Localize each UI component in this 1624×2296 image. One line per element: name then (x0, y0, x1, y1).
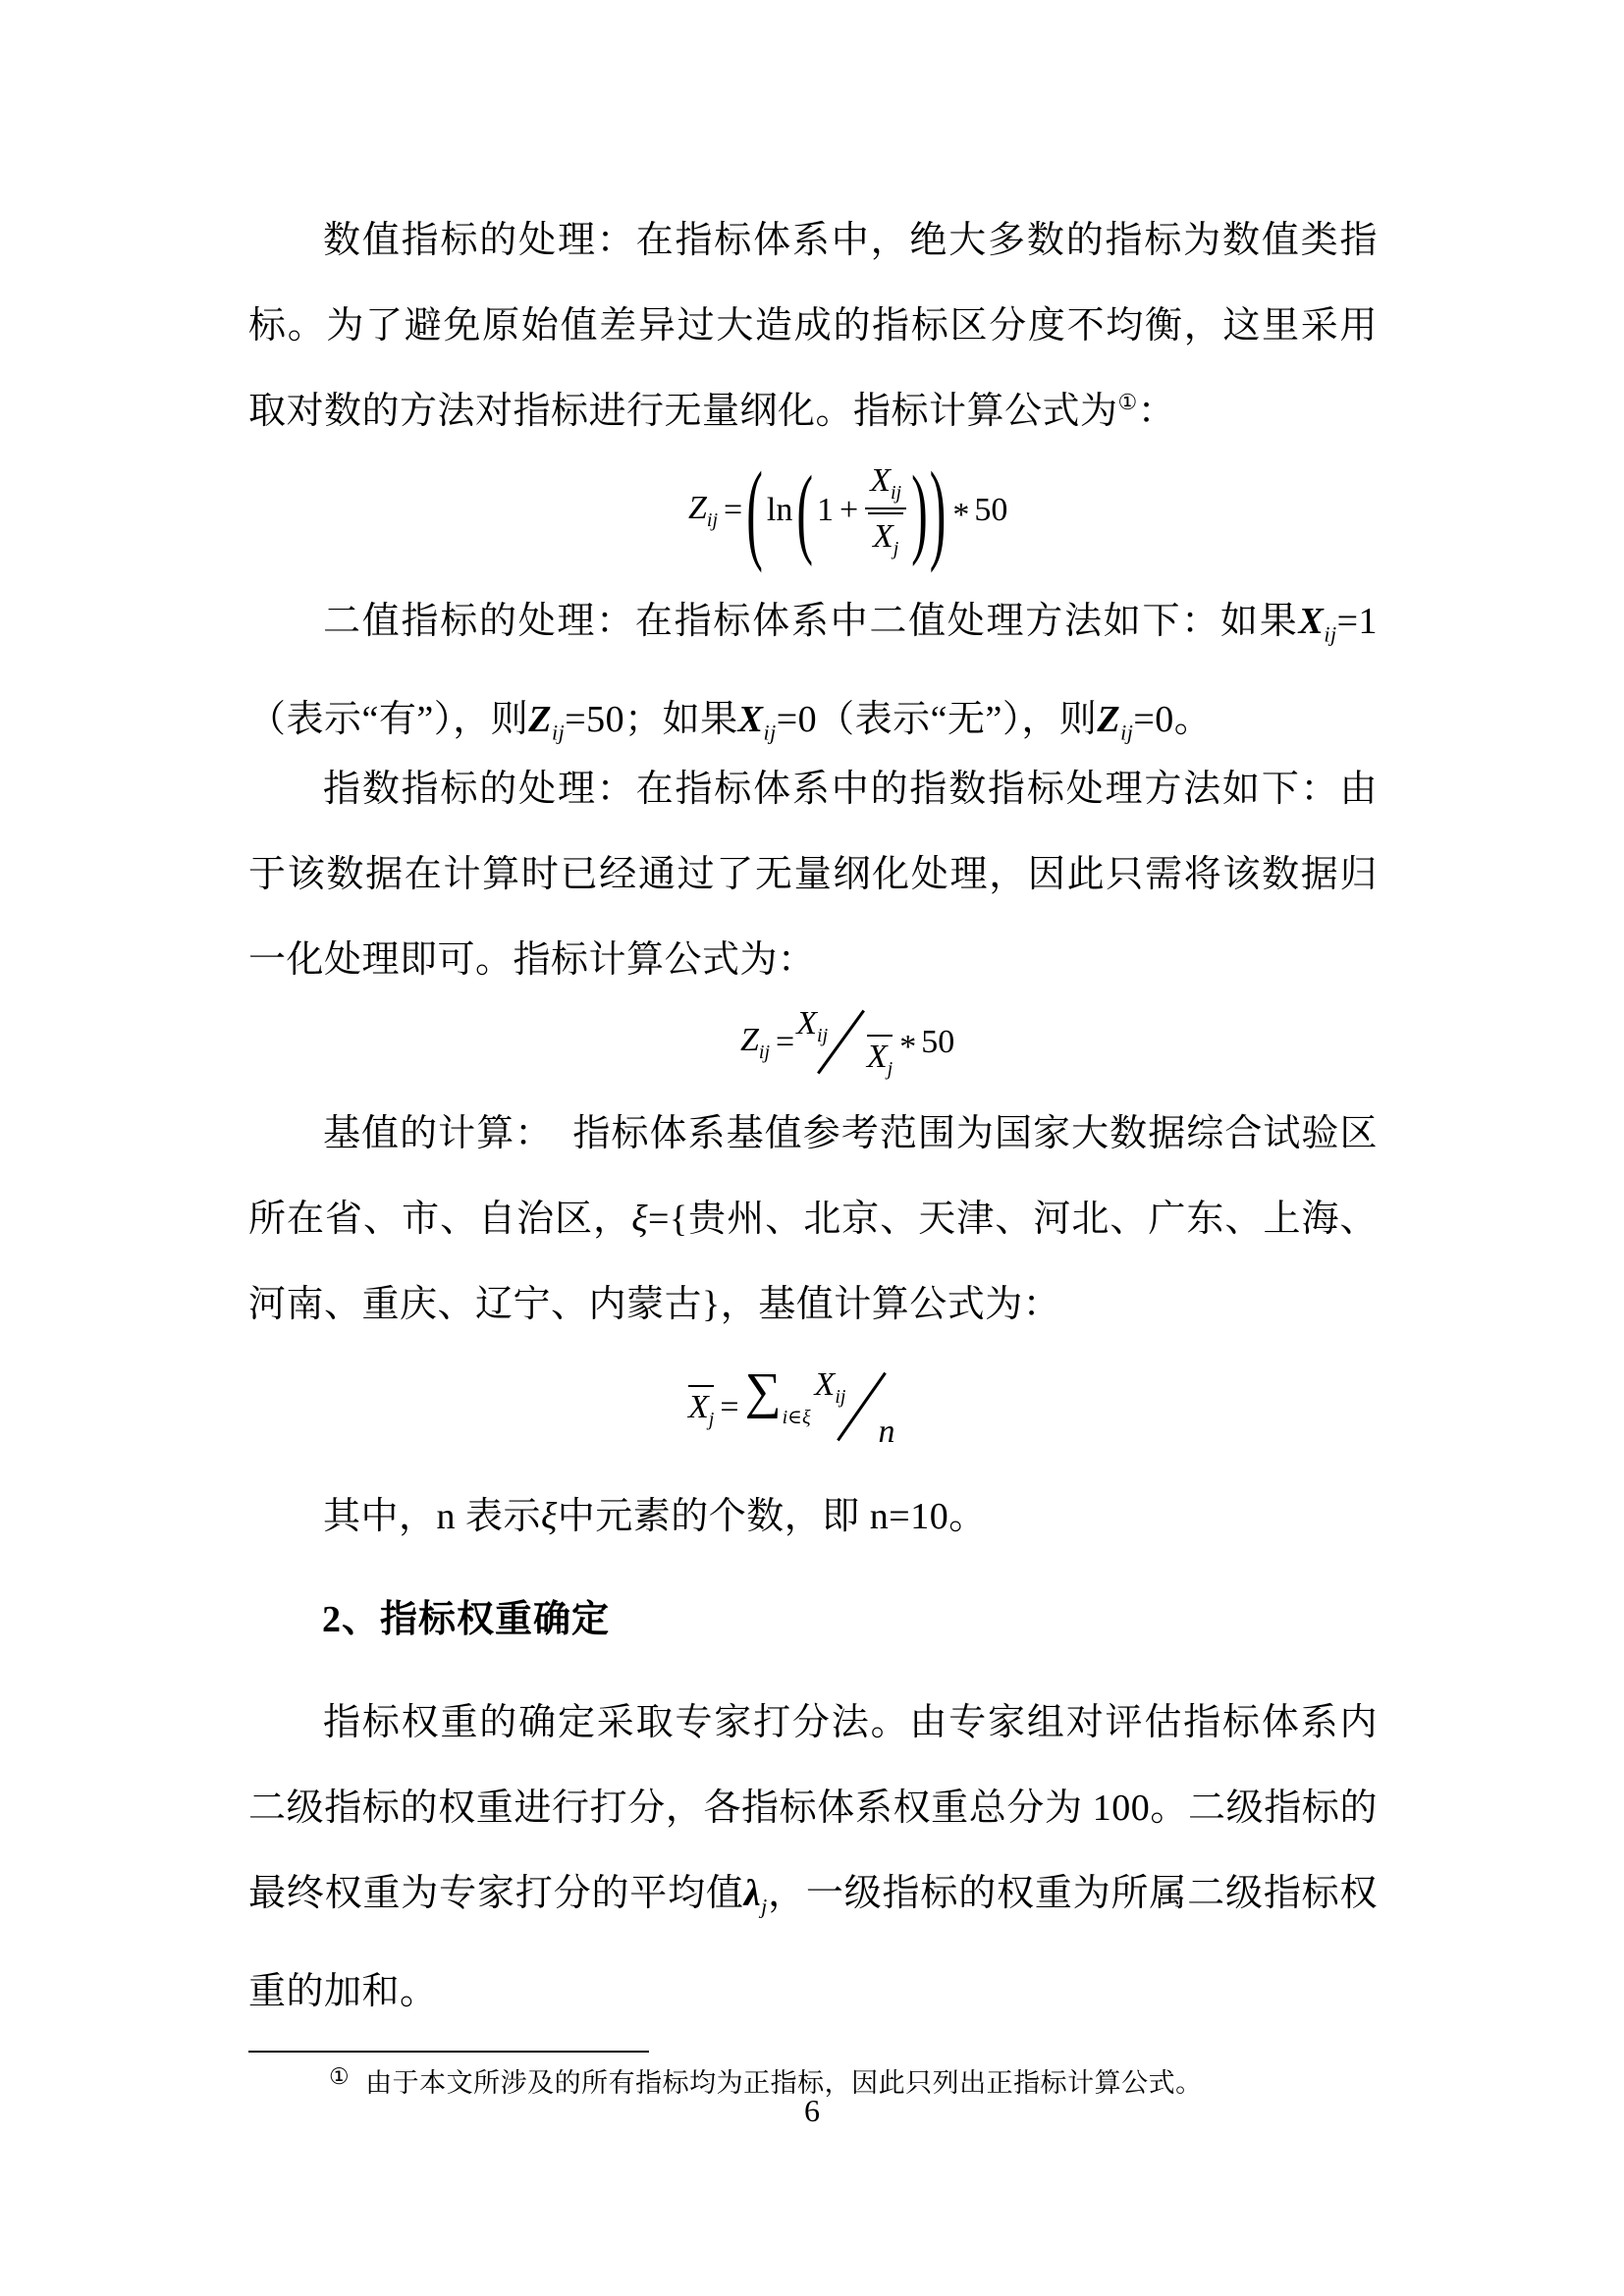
fraction-numerator: Xij (796, 1007, 828, 1045)
paragraph-note-n: 其中，n 表示ξ中元素的个数，即 n=10。 (248, 1474, 1378, 1560)
multiply-sign: * (952, 497, 969, 534)
footnote-marker: ① (329, 2064, 350, 2089)
summation-index: i∈ξ (783, 1407, 811, 1428)
inline-math: ξ (631, 1199, 648, 1240)
fraction-denominator-mean: Xj (868, 512, 903, 561)
subscript: ij (552, 720, 565, 744)
fraction-numerator: Xij (865, 461, 906, 509)
footnote-separator (248, 2051, 649, 2053)
mean-variable: Xj (688, 1385, 714, 1430)
inline-math: Zij (1097, 699, 1133, 740)
text-run: =50；如果 (565, 699, 737, 740)
page-number: 6 (0, 2091, 1624, 2130)
diagonal-fraction: Xij Xj (800, 1001, 891, 1084)
text-run: 中元素的个数，即 n=10。 (558, 1496, 987, 1537)
inline-math: λj (744, 1873, 768, 1914)
subscript: ij (835, 1386, 845, 1408)
inline-math: Zij (528, 699, 565, 740)
summation: ∑i∈ξ (745, 1366, 811, 1429)
sigma-symbol: ∑ (745, 1363, 782, 1419)
subscript: j (888, 1058, 893, 1080)
diagonal-fraction: Xij n (817, 1364, 899, 1451)
paragraph-base-value: 基值的计算： 指标体系基值参考范围为国家大数据综合试验区所在省、市、自治区，ξ=… (248, 1092, 1378, 1348)
paragraph-numeric-indicator: 数值指标的处理：在指标体系中，绝大多数的指标为数值类指标。为了避免原始值差异过大… (248, 198, 1378, 454)
multiply-sign: * (899, 1029, 916, 1066)
fraction-denominator: n (879, 1415, 895, 1449)
fraction-numerator: Xij (815, 1368, 846, 1407)
footnote-ref: ① (1118, 390, 1138, 414)
factor-50: 50 (921, 1024, 954, 1061)
text-run: 二值指标的处理：在指标体系中二值处理方法如下：如果 (323, 601, 1298, 642)
inline-math: ξ (541, 1496, 558, 1537)
text-run: =0（表示“无”），则 (777, 699, 1098, 740)
paragraph-binary-indicator: 二值指标的处理：在指标体系中二值处理方法如下：如果Xij=1（表示“有”），则Z… (248, 579, 1378, 774)
subscript: ij (1120, 720, 1133, 744)
text-run: ： (1138, 391, 1176, 432)
formula-base-value: Xj = ∑i∈ξ Xij n (685, 1362, 902, 1453)
text-run: 数值指标的处理：在指标体系中，绝大多数的指标为数值类指标。为了避免原始值差异过大… (248, 220, 1378, 432)
fraction: Xij Xj (865, 461, 906, 561)
ln-operator: ln (767, 492, 792, 529)
math-var: Zij (740, 1022, 770, 1064)
text-run: =0。 (1133, 699, 1212, 740)
factor-50: 50 (974, 492, 1007, 529)
subscript: j (709, 1409, 715, 1430)
left-paren: ( (746, 454, 763, 567)
fraction-denominator-mean: Xj (867, 1035, 893, 1080)
subscript: ij (707, 508, 718, 530)
equals-sign: = (720, 1389, 738, 1426)
plus-sign: + (839, 492, 858, 529)
document-page: 数值指标的处理：在指标体系中，绝大多数的指标为数值类指标。为了避免原始值差异过大… (0, 0, 1624, 2296)
subscript: j (761, 1895, 768, 1919)
equals-sign: = (776, 1024, 794, 1061)
paragraph-weight-method: 指标权重的确定采取专家打分法。由专家组对评估指标体系内二级指标的权重进行打分，各… (248, 1681, 1378, 2035)
subscript: ij (817, 1025, 828, 1046)
subscript: ij (1324, 622, 1336, 647)
subscript: ij (763, 720, 776, 744)
math-var: Zij (688, 490, 718, 532)
subscript: ij (891, 482, 901, 504)
number-one: 1 (817, 492, 834, 529)
subscript: j (893, 537, 899, 559)
inline-math: Xij (1298, 601, 1336, 642)
text-run: 指数指标的处理：在指标体系中的指数指标处理方法如下：由于该数据在计算时已经通过了… (248, 769, 1378, 981)
equals-sign: = (724, 492, 742, 529)
right-paren: ) (930, 454, 947, 567)
section-heading: 2、指标权重确定 (248, 1577, 1378, 1663)
text-run: 其中，n 表示 (323, 1496, 541, 1537)
subscript: ij (759, 1041, 770, 1062)
left-paren: ( (796, 460, 813, 561)
inline-math: Xij (738, 699, 777, 740)
paragraph-index-indicator: 指数指标的处理：在指标体系中的指数指标处理方法如下：由于该数据在计算时已经通过了… (248, 747, 1378, 1003)
formula-log-transform: Zij = ( ln ( 1 + Xij Xj ) ) * 50 (685, 459, 1010, 561)
formula-index-normalize: Zij = Xij Xj * 50 (737, 999, 957, 1086)
right-paren: ) (911, 460, 928, 561)
